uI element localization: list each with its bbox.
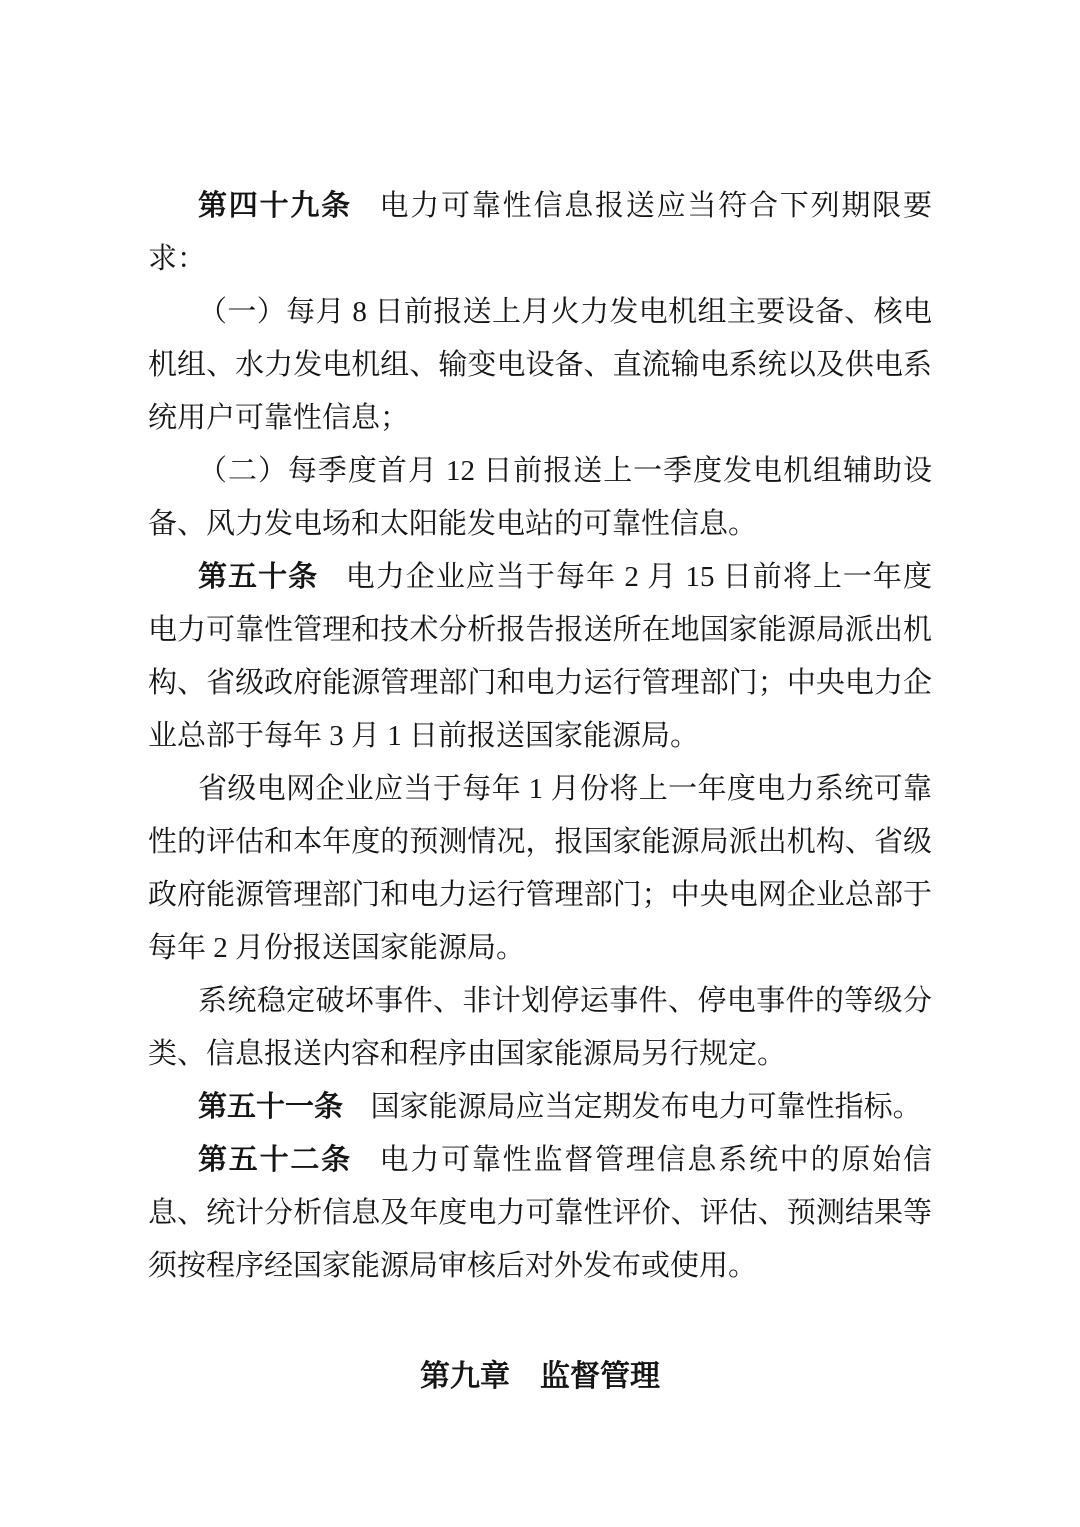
item-1-text: （一）每月 8 日前报送上月火力发电机组主要设备、核电机组、水力发电机组、输变电… — [148, 296, 932, 434]
chapter-heading: 第九章监督管理 — [148, 1350, 932, 1403]
article-50-paragraph-2: 省级电网企业应当于每年 1 月份将上一年度电力系统可靠性的评估和本年度的预测情况… — [148, 763, 932, 975]
chapter-number: 第九章 — [420, 1360, 510, 1393]
item-2-text: （二）每季度首月 12 日前报送上一季度发电机组辅助设备、风力发电场和太阳能发电… — [148, 455, 932, 540]
article-49-number: 第四十九条 — [198, 190, 352, 222]
article-52-number: 第五十二条 — [198, 1144, 352, 1176]
article-51-paragraph: 第五十一条国家能源局应当定期发布电力可靠性指标。 — [148, 1081, 932, 1134]
article-49-paragraph: 第四十九条电力可靠性信息报送应当符合下列期限要求： — [148, 180, 932, 286]
article-51-number: 第五十一条 — [198, 1091, 343, 1123]
article-49-item-2: （二）每季度首月 12 日前报送上一季度发电机组辅助设备、风力发电场和太阳能发电… — [148, 445, 932, 551]
article-52-paragraph: 第五十二条电力可靠性监督管理信息系统中的原始信息、统计分析信息及年度电力可靠性评… — [148, 1134, 932, 1293]
article-50-paragraph-2-text: 省级电网企业应当于每年 1 月份将上一年度电力系统可靠性的评估和本年度的预测情况… — [148, 773, 932, 964]
article-50-paragraph-3-text: 系统稳定破坏事件、非计划停运事件、停电事件的等级分类、信息报送内容和程序由国家能… — [148, 985, 932, 1070]
article-50-paragraph-3: 系统稳定破坏事件、非计划停运事件、停电事件的等级分类、信息报送内容和程序由国家能… — [148, 975, 932, 1081]
article-49-item-1: （一）每月 8 日前报送上月火力发电机组主要设备、核电机组、水力发电机组、输变电… — [148, 286, 932, 445]
chapter-title: 监督管理 — [540, 1360, 660, 1393]
article-50-paragraph: 第五十条电力企业应当于每年 2 月 15 日前将上一年度电力可靠性管理和技术分析… — [148, 551, 932, 763]
document-page: 第四十九条电力可靠性信息报送应当符合下列期限要求： （一）每月 8 日前报送上月… — [0, 0, 1080, 1527]
article-50-number: 第五十条 — [198, 561, 318, 593]
article-51-text: 国家能源局应当定期发布电力可靠性指标。 — [371, 1091, 922, 1123]
